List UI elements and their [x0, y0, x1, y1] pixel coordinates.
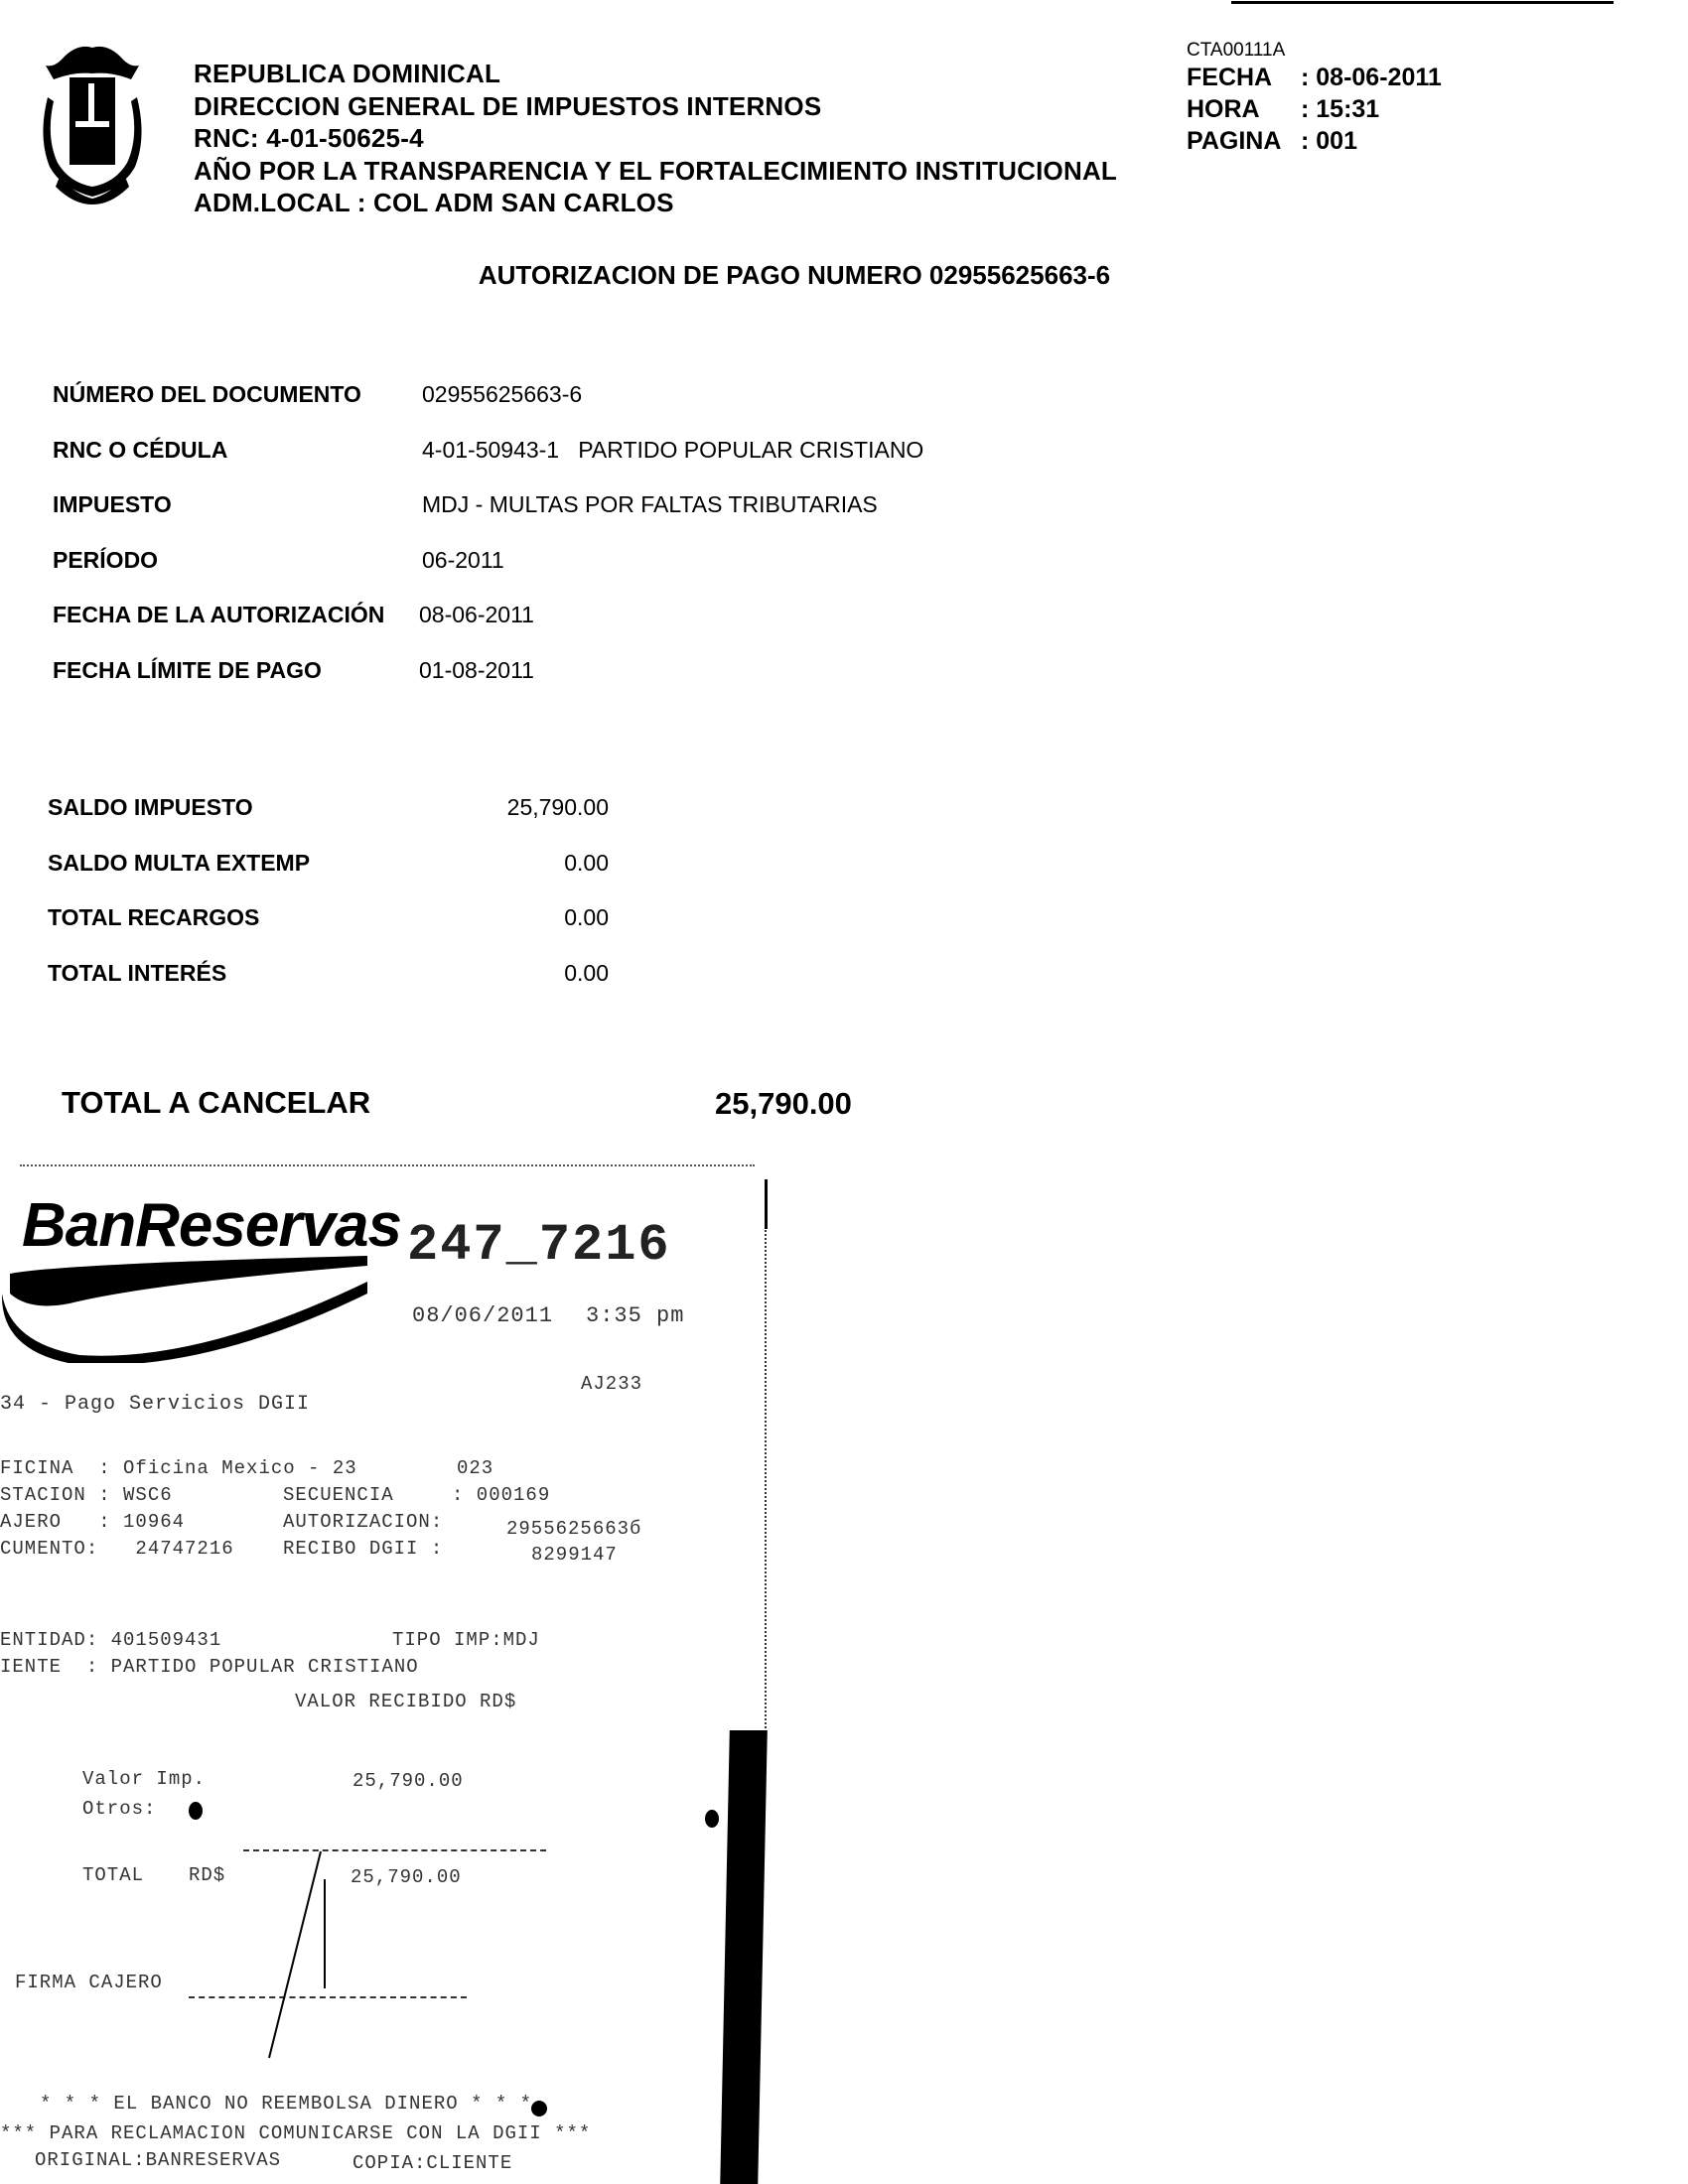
- receipt-copy-label: COPIA:CLIENTE: [352, 2152, 512, 2174]
- total-value: 25,790.00: [715, 1086, 852, 1122]
- bank-swoosh-icon: [0, 1254, 377, 1363]
- ink-blot-footer: [531, 2101, 547, 2116]
- receipt-total-label: TOTAL: [82, 1864, 144, 1886]
- bank-receipt: BanReservas 247_7216 08/06/2011 3:35 pm …: [0, 1155, 773, 2184]
- report-meta: CTA00111A FECHA: 08-06-2011 HORA: 15:31 …: [1187, 40, 1442, 157]
- receipt-right-edge: [765, 1179, 767, 1735]
- meta-hora: HORA: 15:31: [1187, 93, 1442, 125]
- receipt-footer-claims: *** PARA RECLAMACION COMUNICARSE CON LA …: [0, 2122, 591, 2144]
- receipt-number: 247_7216: [407, 1216, 671, 1275]
- meta-fecha: FECHA: 08-06-2011: [1187, 62, 1442, 93]
- header-line-motto: AÑO POR LA TRANSPARENCIA Y EL FORTALECIM…: [194, 155, 1117, 188]
- meta-pagina: PAGINA: 001: [1187, 125, 1442, 157]
- receipt-firma-label: FIRMA CAJERO: [15, 1972, 163, 1993]
- ink-blot: [189, 1802, 203, 1820]
- receipt-tipo-imp: TIPO IMP:MDJ: [392, 1629, 540, 1651]
- header-line-adm-local: ADM.LOCAL : COL ADM SAN CARLOS: [194, 187, 1117, 219]
- issuer-header: REPUBLICA DOMINICAL DIRECCION GENERAL DE…: [194, 58, 1117, 219]
- receipt-top-edge: [20, 1164, 755, 1166]
- coat-of-arms-icon: [32, 38, 153, 206]
- receipt-date: 08/06/2011: [412, 1303, 553, 1328]
- receipt-documento: CUMENTO: 24747216: [0, 1538, 234, 1560]
- receipt-secuencia-value: : 000169: [452, 1484, 550, 1506]
- receipt-oficina: FICINA : Oficina Mexico - 23: [0, 1457, 357, 1479]
- header-line-rnc: RNC: 4-01-50625-4: [194, 122, 1117, 155]
- receipt-time: 3:35 pm: [586, 1303, 684, 1328]
- receipt-otros-label: Otros:: [82, 1798, 156, 1820]
- receipt-valor-imp-label: Valor Imp.: [82, 1768, 206, 1790]
- receipt-recibo-value: 8299147: [531, 1544, 618, 1566]
- scan-black-bar: [720, 1730, 768, 2184]
- receipt-cliente: IENTE : PARTIDO POPULAR CRISTIANO: [0, 1656, 419, 1678]
- top-rule: [1231, 1, 1614, 4]
- receipt-oficina-code: 023: [457, 1457, 493, 1479]
- receipt-service: 34 - Pago Servicios DGII: [0, 1393, 310, 1416]
- report-code: CTA00111A: [1187, 40, 1442, 62]
- ink-blot-right: [705, 1810, 719, 1828]
- receipt-valor-imp-value: 25,790.00: [352, 1770, 464, 1792]
- receipt-autorizacion-value: 2955625663б: [506, 1518, 641, 1540]
- receipt-footer-no-refund: * * * EL BANCO NO REEMBOLSA DINERO * * *: [40, 2093, 532, 2115]
- receipt-original-label: ORIGINAL:BANRESERVAS: [35, 2149, 281, 2171]
- receipt-total-currency: RD$: [189, 1864, 225, 1886]
- cashier-signature: [263, 1849, 333, 2068]
- receipt-cajero: AJERO : 10964: [0, 1511, 185, 1533]
- header-line-country: REPUBLICA DOMINICAL: [194, 58, 1117, 90]
- document-title: AUTORIZACION DE PAGO NUMERO 02955625663-…: [0, 260, 1589, 291]
- receipt-estacion: STACION : WSC6: [0, 1484, 173, 1506]
- receipt-total-value: 25,790.00: [351, 1866, 462, 1888]
- receipt-autorizacion-label: AUTORIZACION:: [283, 1511, 443, 1533]
- receipt-secuencia-label: SECUENCIA: [283, 1484, 394, 1506]
- receipt-edge-mark: [765, 1179, 768, 1229]
- receipt-valor-header: VALOR RECIBIDO RD$: [295, 1691, 516, 1712]
- receipt-terminal: AJ233: [581, 1373, 642, 1395]
- total-label: TOTAL A CANCELAR: [62, 1085, 370, 1121]
- header-line-agency: DIRECCION GENERAL DE IMPUESTOS INTERNOS: [194, 90, 1117, 123]
- receipt-entidad: ENTIDAD: 401509431: [0, 1629, 221, 1651]
- receipt-recibo-label: RECIBO DGII :: [283, 1538, 443, 1560]
- bank-brand-logo: BanReservas: [22, 1190, 401, 1261]
